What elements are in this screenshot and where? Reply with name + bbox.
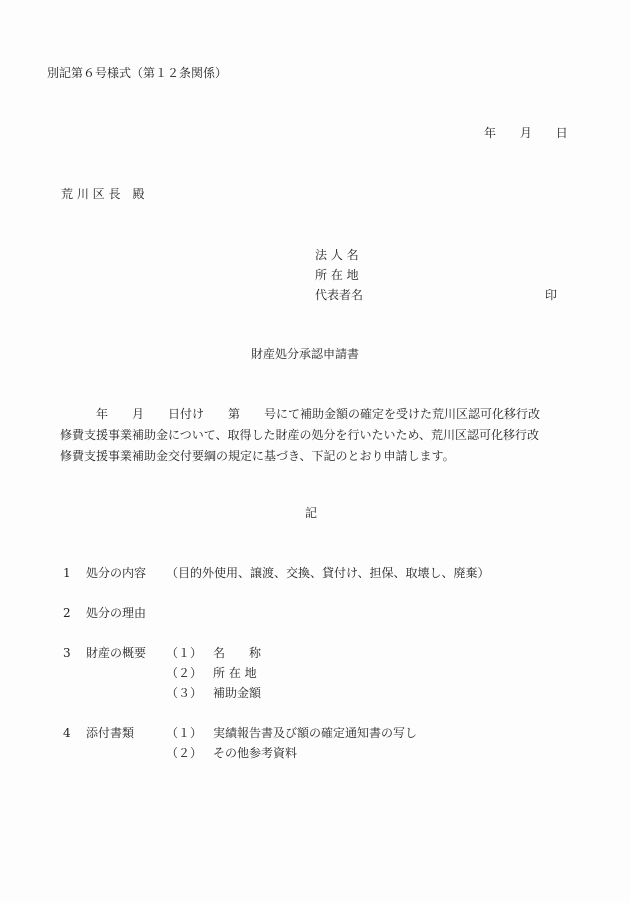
item-3-num: 3 [63,646,71,660]
body-line-1: 年 月 日付け 第 号にて補助金額の確定を受けた荒川区認可化移行改 [60,404,580,425]
item-3-sub-3-num: （３） [166,686,202,700]
item-4-sub-1-text: 実績報告書及び額の確定通知書の写し [213,726,417,740]
item-3-sub-2-text: 所 在 地 [213,666,257,680]
item-3-sub-1-num: （１） [166,646,202,660]
date-year: 年 [484,126,496,140]
item-4-num: 4 [63,726,71,740]
item-4-sub-1-num: （１） [166,726,202,740]
body-line-2: 修費支援事業補助金について、取得した財産の処分を行いたいため、荒川区認可化移行改 [60,425,580,446]
item-3-sub-2-num: （２） [166,666,202,680]
document-title: 財産処分承認申請書 [251,347,359,361]
applicant-address-label: 所 在 地 [315,268,359,282]
applicant-corp-name-label: 法 人 名 [315,248,359,262]
item-3-label: 財産の概要 [86,646,146,660]
item-2-num: 2 [63,606,71,620]
item-3-sub-3-text: 補助金額 [213,686,261,700]
body-line-3: 修費支援事業補助金交付要綱の規定に基づき、下記のとおり申請します。 [60,446,580,467]
item-1-num: 1 [63,566,71,580]
item-4-label: 添付書類 [86,726,134,740]
item-2-label: 処分の理由 [86,606,146,620]
seal-mark: 印 [545,288,557,302]
ki-heading: 記 [305,506,317,520]
item-4-sub-2-text: その他参考資料 [213,746,297,760]
item-4-sub-2-num: （２） [166,746,202,760]
item-1-detail: （目的外使用、譲渡、交換、貸付け、担保、取壊し、廃棄） [166,566,490,580]
item-1-label: 処分の内容 [86,566,146,580]
body-paragraph: 年 月 日付け 第 号にて補助金額の確定を受けた荒川区認可化移行改 修費支援事業… [60,404,580,467]
item-3-sub-1-text: 名 称 [213,646,261,660]
addressee: 荒 川 区 長 殿 [61,187,144,201]
applicant-representative-label: 代表者名 [315,288,363,302]
date-day: 日 [556,126,568,140]
form-label: 別記第６号様式（第１２条関係） [47,66,227,80]
date-line: 年 月 日 [484,126,568,140]
date-month: 月 [520,126,532,140]
